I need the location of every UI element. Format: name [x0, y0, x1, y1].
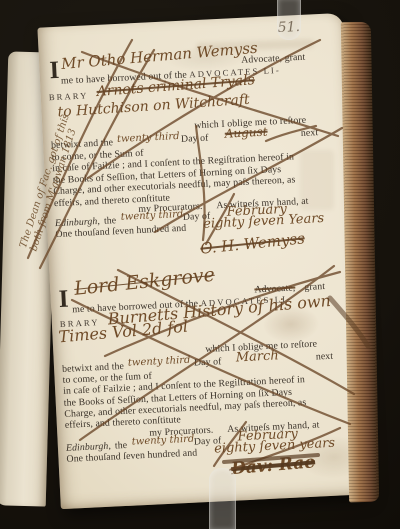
entry2-dropcap: I: [58, 289, 69, 312]
entry1-dayof: Day of: [181, 134, 209, 146]
photo-stage: 51. I Mr Otho Herman Wemyss Advocate, gr…: [0, 0, 400, 529]
entry2-signature: Dav: Rae: [231, 454, 316, 479]
entry2-borrower-name: Lord Eskgrove: [73, 266, 215, 300]
ink-bleedthrough: [300, 150, 334, 210]
entry2-next: next: [316, 352, 334, 364]
entry1-signature: O. H. Wemyss: [200, 231, 306, 257]
entry1-next: next: [301, 128, 319, 140]
entry1-year-handwritten: eighty ſeven Years: [203, 212, 325, 232]
entry2-return-day: twenty third: [128, 356, 191, 370]
entry1-dropcap: I: [49, 60, 60, 83]
page-clamp-top: [277, 0, 301, 40]
entry2-sign-day: twenty third: [132, 435, 195, 449]
entry1-brary: BRARY: [49, 91, 89, 102]
page-clamp-bottom: [209, 468, 236, 529]
entry2-return-month: March: [235, 349, 279, 365]
book-page: 51. I Mr Otho Herman Wemyss Advocate, gr…: [37, 13, 366, 509]
entry2-year-handwritten: eighty ſeven years: [214, 437, 335, 457]
entry1-sign-day: twenty third: [121, 210, 184, 224]
entry1-return-day: twenty third: [117, 132, 180, 146]
entry2-dayof: Day of: [194, 357, 222, 369]
entry1-return-month: August: [225, 126, 268, 141]
